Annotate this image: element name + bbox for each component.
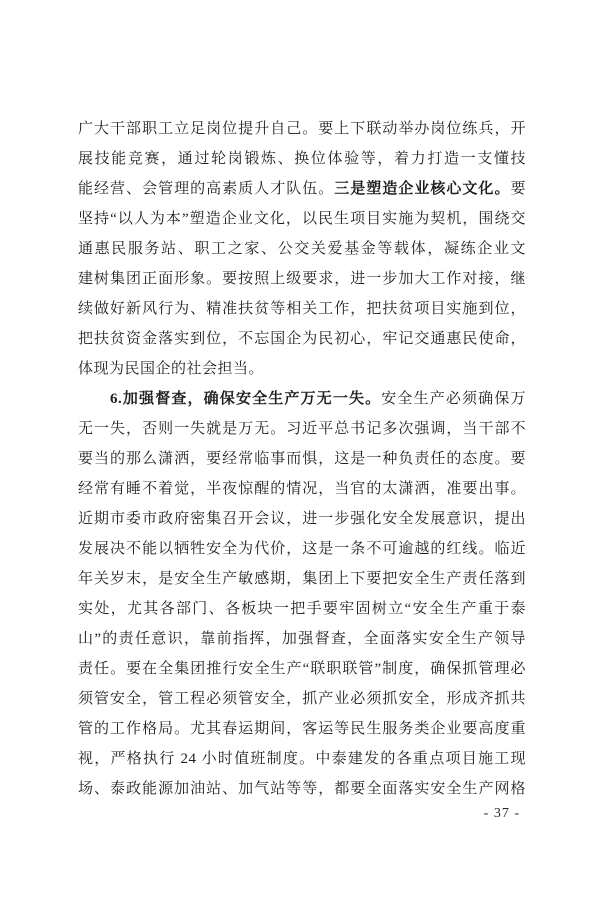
text-segment: 续做好新风行为、精准扶贫等相关工作，把扶贫项目实施到位，: [78, 301, 526, 317]
text-segment: 视，严格执行 24 小时值班制度。中泰建发的各重点项目施工现: [78, 751, 526, 767]
text-segment: 经常有睡不着觉，半夜惊醒的情况，当官的太潇洒，准要出事。: [78, 481, 526, 497]
text-line: 能经营、会管理的高素质人才队伍。三是塑造企业核心文化。要: [78, 174, 526, 204]
text-line: 建树集团正面形象。要按照上级要求，进一步加大工作对接，继: [78, 264, 526, 294]
text-line: 通惠民服务站、职工之家、公交关爱基金等载体，凝练企业文化，: [78, 234, 526, 264]
text-line: 经常有睡不着觉，半夜惊醒的情况，当官的太潇洒，准要出事。: [78, 474, 526, 504]
text-line: 须管安全，管工程必须管安全，抓产业必须抓安全，形成齐抓共: [78, 684, 526, 714]
body-text-block: 广大干部职工立足岗位提升自己。要上下联动举办岗位练兵，开 展技能竞赛，通过轮岗锻…: [78, 114, 526, 804]
text-line: 视，严格执行 24 小时值班制度。中泰建发的各重点项目施工现: [78, 744, 526, 774]
text-segment: 坚持“以人为本”塑造企业文化，以民生项目实施为契机，围绕交: [78, 211, 526, 227]
text-line: 广大干部职工立足岗位提升自己。要上下联动举办岗位练兵，开: [78, 114, 526, 144]
text-segment: 发展决不能以牺牲安全为代价，这是一条不可逾越的红线。临近: [78, 541, 526, 557]
section-heading-bold: 6.加强督查，确保安全生产万无一失。: [110, 391, 381, 407]
text-segment: 要: [510, 181, 526, 197]
text-segment: 山”的责任意识，靠前指挥，加强督查，全面落实安全生产领导: [78, 631, 526, 647]
text-segment: 体现为民国企的社会担当。: [78, 361, 264, 377]
text-line: 6.加强督查，确保安全生产万无一失。安全生产必须确保万: [78, 384, 526, 414]
text-segment: 年关岁末，是安全生产敏感期，集团上下要把安全生产责任落到: [78, 571, 526, 587]
text-segment: 责任。要在全集团推行安全生产“联职联管”制度，确保抓管理必: [78, 661, 526, 677]
text-segment: 安全生产必须确保万: [381, 391, 526, 407]
text-segment: 实处，尤其各部门、各板块一把手要牢固树立“安全生产重于泰: [78, 601, 526, 617]
text-line: 年关岁末，是安全生产敏感期，集团上下要把安全生产责任落到: [78, 564, 526, 594]
document-page: 广大干部职工立足岗位提升自己。要上下联动举办岗位练兵，开 展技能竞赛，通过轮岗锻…: [0, 0, 600, 900]
text-line: 要当的那么潇洒，要经常临事而惧，这是一种负责任的态度。要: [78, 444, 526, 474]
text-line: 山”的责任意识，靠前指挥，加强督查，全面落实安全生产领导: [78, 624, 526, 654]
text-line: 无一失，否则一失就是万无。习近平总书记多次强调，当干部不: [78, 414, 526, 444]
text-segment: 场、泰政能源加油站、加气站等等，都要全面落实安全生产网格: [78, 781, 526, 797]
text-line: 展技能竞赛，通过轮岗锻炼、换位体验等，着力打造一支懂技术、: [78, 144, 526, 174]
text-line: 责任。要在全集团推行安全生产“联职联管”制度，确保抓管理必: [78, 654, 526, 684]
text-line: 实处，尤其各部门、各板块一把手要牢固树立“安全生产重于泰: [78, 594, 526, 624]
text-segment: 广大干部职工立足岗位提升自己。要上下联动举办岗位练兵，开: [78, 121, 526, 137]
text-line: 发展决不能以牺牲安全为代价，这是一条不可逾越的红线。临近: [78, 534, 526, 564]
section-heading-bold: 三是塑造企业核心文化。: [334, 181, 510, 197]
text-line: 续做好新风行为、精准扶贫等相关工作，把扶贫项目实施到位，: [78, 294, 526, 324]
text-segment: 把扶贫资金落实到位，不忘国企为民初心，牢记交通惠民使命，: [78, 331, 526, 347]
text-segment: 能经营、会管理的高素质人才队伍。: [78, 181, 334, 197]
text-segment: 须管安全，管工程必须管安全，抓产业必须抓安全，形成齐抓共: [78, 691, 526, 707]
text-line: 把扶贫资金落实到位，不忘国企为民初心，牢记交通惠民使命，: [78, 324, 526, 354]
text-segment: 管的工作格局。尤其春运期间，客运等民生服务类企业要高度重: [78, 721, 526, 737]
text-line: 近期市委市政府密集召开会议，进一步强化安全发展意识，提出: [78, 504, 526, 534]
text-segment: 通惠民服务站、职工之家、公交关爱基金等载体，凝练企业文化，: [78, 241, 526, 264]
text-line: 体现为民国企的社会担当。: [78, 354, 526, 384]
text-line: 管的工作格局。尤其春运期间，客运等民生服务类企业要高度重: [78, 714, 526, 744]
text-line: 场、泰政能源加油站、加气站等等，都要全面落实安全生产网格: [78, 774, 526, 804]
text-line: 坚持“以人为本”塑造企业文化，以民生项目实施为契机，围绕交: [78, 204, 526, 234]
page-number: - 37 -: [78, 806, 526, 822]
text-segment: 无一失，否则一失就是万无。习近平总书记多次强调，当干部不: [78, 421, 526, 437]
text-segment: 要当的那么潇洒，要经常临事而惧，这是一种负责任的态度。要: [78, 451, 526, 467]
text-segment: 展技能竞赛，通过轮岗锻炼、换位体验等，着力打造一支懂技术、: [78, 151, 526, 174]
text-segment: 建树集团正面形象。要按照上级要求，进一步加大工作对接，继: [78, 271, 526, 287]
text-segment: 近期市委市政府密集召开会议，进一步强化安全发展意识，提出: [78, 511, 526, 527]
